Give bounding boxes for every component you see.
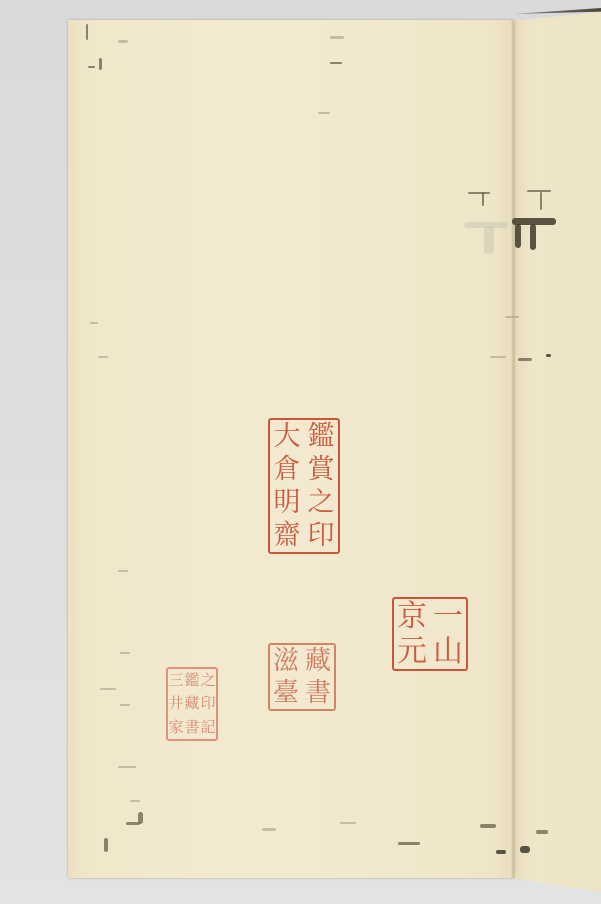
seal-character: 藏 — [184, 692, 200, 715]
seal-character: 山 — [430, 634, 466, 669]
seal-character: 藏 — [302, 645, 334, 677]
right-page — [514, 12, 601, 892]
seal-character: 書 — [184, 716, 200, 739]
seal-character: 齋 — [270, 519, 304, 552]
page-fold — [511, 20, 515, 878]
seal-character: 一 — [430, 599, 466, 634]
seal-character: 大 — [270, 420, 304, 453]
seal-square-middle: 滋 臺 藏 書 — [268, 643, 336, 711]
seal-character: 之 — [200, 669, 216, 692]
seal-character: 印 — [304, 519, 338, 552]
seal-character: 元 — [394, 634, 430, 669]
seal-character: 鑑 — [184, 669, 200, 692]
seal-character: 家 — [168, 716, 184, 739]
seal-small-left: 三 井 家 鑑 藏 書 之 印 記 — [166, 667, 218, 741]
seal-character: 臺 — [270, 677, 302, 709]
seal-character: 井 — [168, 692, 184, 715]
seal-character: 京 — [394, 599, 430, 634]
seal-large-rectangular: 大 倉 明 齋 鑑 賞 之 印 — [268, 418, 340, 554]
seal-character: 鑑 — [304, 420, 338, 453]
seal-square-right: 京 元 一 山 — [392, 597, 468, 671]
seal-character: 賞 — [304, 453, 338, 486]
seal-character: 之 — [304, 486, 338, 519]
seal-character: 倉 — [270, 453, 304, 486]
seal-character: 記 — [200, 716, 216, 739]
seal-character: 滋 — [270, 645, 302, 677]
seal-character: 三 — [168, 669, 184, 692]
seal-character: 印 — [200, 692, 216, 715]
seal-character: 明 — [270, 486, 304, 519]
seal-character: 書 — [302, 677, 334, 709]
